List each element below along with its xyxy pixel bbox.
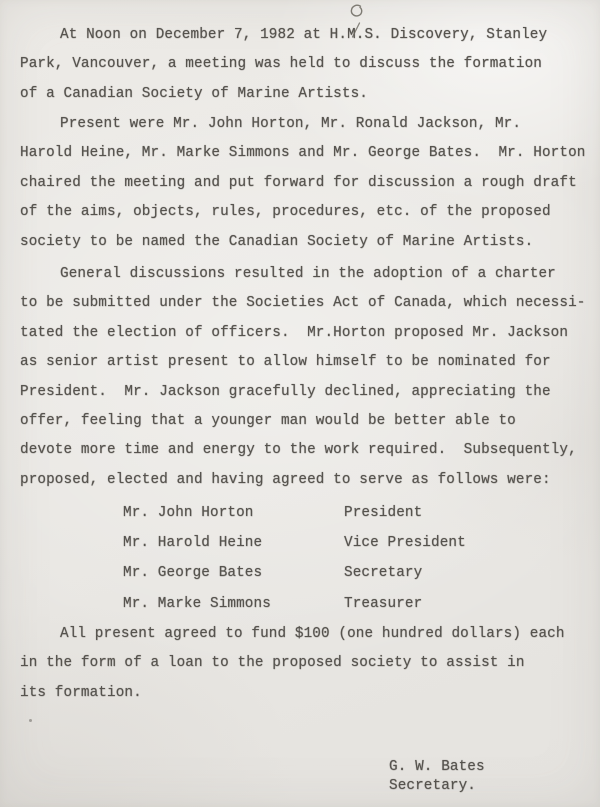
document-line: Harold Heine, Mr. Marke Simmons and Mr. … [20,139,585,168]
signature-block: G. W. Bates Secretary. [389,758,485,796]
document-line: its formation. [20,679,565,708]
document-line: of a Canadian Society of Marine Artists. [20,80,547,109]
document-line: Park, Vancouver, a meeting was held to d… [20,50,547,79]
document-line: chaired the meeting and put forward for … [20,169,585,198]
document-line: At Noon on December 7, 1982 at H.M.S. Di… [20,21,547,50]
document-line: tated the election of officers. Mr.Horto… [20,319,585,348]
officer-name: Mr. Marke Simmons [123,589,344,619]
document-line: of the aims, objects, rules, procedures,… [20,198,585,227]
document-line: Present were Mr. John Horton, Mr. Ronald… [20,110,585,139]
officer-row: Mr. Marke Simmons Treasurer [123,589,466,619]
document-line: President. Mr. Jackson gracefully declin… [20,378,585,407]
document-line: General discussions resulted in the adop… [20,260,585,289]
handwritten-insertion-mark [347,3,367,21]
officer-title: Vice President [344,528,466,558]
document-line: offer, feeling that a younger man would … [20,407,585,436]
document-line: society to be named the Canadian Society… [20,228,585,257]
officer-row: Mr. Harold Heine Vice President [123,528,466,558]
paper-speck [29,719,32,722]
officer-name: Mr. John Horton [123,498,344,528]
officer-name: Mr. George Bates [123,558,344,588]
scanned-document-page: { "page": { "paper_color": "#e9e7e3", "i… [0,0,600,807]
paragraph-funding: All present agreed to fund $100 (one hun… [20,620,565,708]
officer-row: Mr. George Bates Secretary [123,558,466,588]
document-line: as senior artist present to allow himsel… [20,348,585,377]
paragraph-attendees: Present were Mr. John Horton, Mr. Ronald… [20,110,585,257]
document-line: to be submitted under the Societies Act … [20,289,585,318]
officer-name: Mr. Harold Heine [123,528,344,558]
signature-title: Secretary. [389,777,485,796]
officer-row: Mr. John Horton President [123,498,466,528]
officer-title: Treasurer [344,589,422,619]
document-line: All present agreed to fund $100 (one hun… [20,620,565,649]
document-line: in the form of a loan to the proposed so… [20,649,565,678]
document-line: proposed, elected and having agreed to s… [20,466,585,495]
signature-name: G. W. Bates [389,758,485,777]
officers-list: Mr. John Horton President Mr. Harold Hei… [123,498,466,619]
paragraph-discussions: General discussions resulted in the adop… [20,260,585,495]
officer-title: Secretary [344,558,422,588]
officer-title: President [344,498,422,528]
document-line: devote more time and energy to the work … [20,436,585,465]
paragraph-opening: At Noon on December 7, 1982 at H.M.S. Di… [20,21,547,109]
